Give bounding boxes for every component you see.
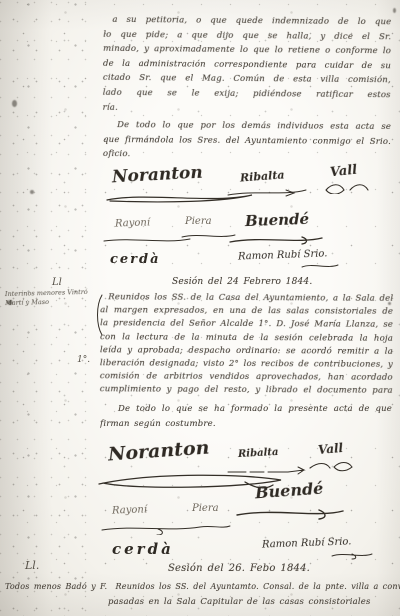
signature-flourish — [322, 182, 384, 194]
signature-piera: Piera — [192, 503, 219, 514]
signature-piera: Piera — [185, 216, 212, 227]
text-line: que firmándola los Sres. del Ayuntamient… — [103, 133, 391, 150]
signature-secretary: Ramon Rubí Srio. — [262, 536, 352, 550]
text-line: cumplimiento y pago del resto, y librado… — [100, 384, 393, 399]
session-heading-1: Sesión del 24 Febrero 1844. — [172, 275, 312, 290]
signature-rayoni: Rayoní — [115, 217, 150, 229]
paragraph-session-2: Todos menos Badó y F. Reunidos los SS. d… — [5, 580, 395, 594]
ink-blotch — [393, 8, 396, 13]
text-line: Todos menos Badó y F. Reunidos los SS. d… — [5, 580, 395, 594]
signature-flourish — [330, 550, 374, 560]
margin-brace — [93, 293, 105, 337]
signature-vall: Vall — [329, 163, 358, 181]
signature-cerda: cerdà — [110, 252, 161, 267]
margin-mark-2: Ll. — [25, 559, 39, 572]
text-line: lado que se le exija; pidiéndose ratific… — [103, 86, 391, 103]
signature-secretary: Ramon Rubí Srio. — [238, 248, 328, 262]
text-line: De todo lo que se ha formado la presente… — [100, 402, 392, 417]
ink-blotch — [7, 300, 13, 305]
signature-buende: Buendé — [245, 210, 310, 230]
scanned-manuscript-page: a su petitoria, o que quede indemnizado … — [0, 0, 400, 616]
margin-note-line: Martí y Maso — [5, 296, 88, 307]
ink-blotch — [388, 302, 391, 305]
signature-buende: Buendé — [254, 479, 324, 503]
signature-flourish — [235, 506, 347, 520]
signature-noranton: Noranton — [112, 163, 204, 188]
ink-blotch — [12, 100, 17, 107]
text-line: firman según costumbre. — [100, 417, 392, 432]
margin-mark-1: Ll — [52, 277, 62, 288]
signature-noranton: Noranton — [107, 436, 210, 465]
text-line: la presidencia del Señor Alcalde 1°. D. … — [100, 318, 393, 333]
ink-blotch — [30, 190, 34, 194]
signature-flourish — [100, 521, 234, 535]
signature-flourish — [300, 262, 340, 270]
paragraph-closing-1: De todo lo que por los demás individuos … — [103, 118, 391, 164]
text-run: Reunidos los SS. del Ayuntamto. Consal. … — [112, 582, 400, 591]
text-line: con la lectura de la minuta de la sesión… — [100, 331, 393, 346]
margin-item-number: 1°. — [77, 355, 90, 365]
margin-note: Interinos menores Vintró Martí y Maso — [5, 288, 88, 307]
text-line: pasadas en la Sala Capitular de las casa… — [108, 595, 393, 610]
signature-flourish — [308, 460, 374, 472]
attendance-note: Todos menos Badó y F. — [5, 582, 107, 591]
signature-rayoni: Rayoní — [112, 504, 147, 516]
paragraph-session-1: Reunidos los SS. de la Casa del Ayuntami… — [100, 291, 394, 398]
paragraph-closing-2: De todo lo que se ha formado la presente… — [100, 402, 392, 431]
signature-vall: Vall — [317, 441, 343, 457]
scan-noise-left — [0, 0, 95, 616]
text-line: oficio. — [103, 147, 391, 164]
signature-flourish — [228, 234, 326, 246]
text-line: De todo lo que por los demás individuos … — [103, 118, 391, 135]
signature-ribalta: Ribalta — [238, 447, 279, 460]
paragraph-top: a su petitoria, o que quede indemnizado … — [103, 13, 392, 118]
text-line: ría. — [103, 100, 391, 117]
signature-cerda: cerdà — [112, 540, 174, 558]
signature-ribalta: Ribalta — [240, 168, 285, 184]
session-heading-2: Sesión del 26. Febo 1844. — [168, 562, 310, 577]
signature-flourish — [226, 464, 312, 476]
signature-flourish — [226, 186, 310, 198]
